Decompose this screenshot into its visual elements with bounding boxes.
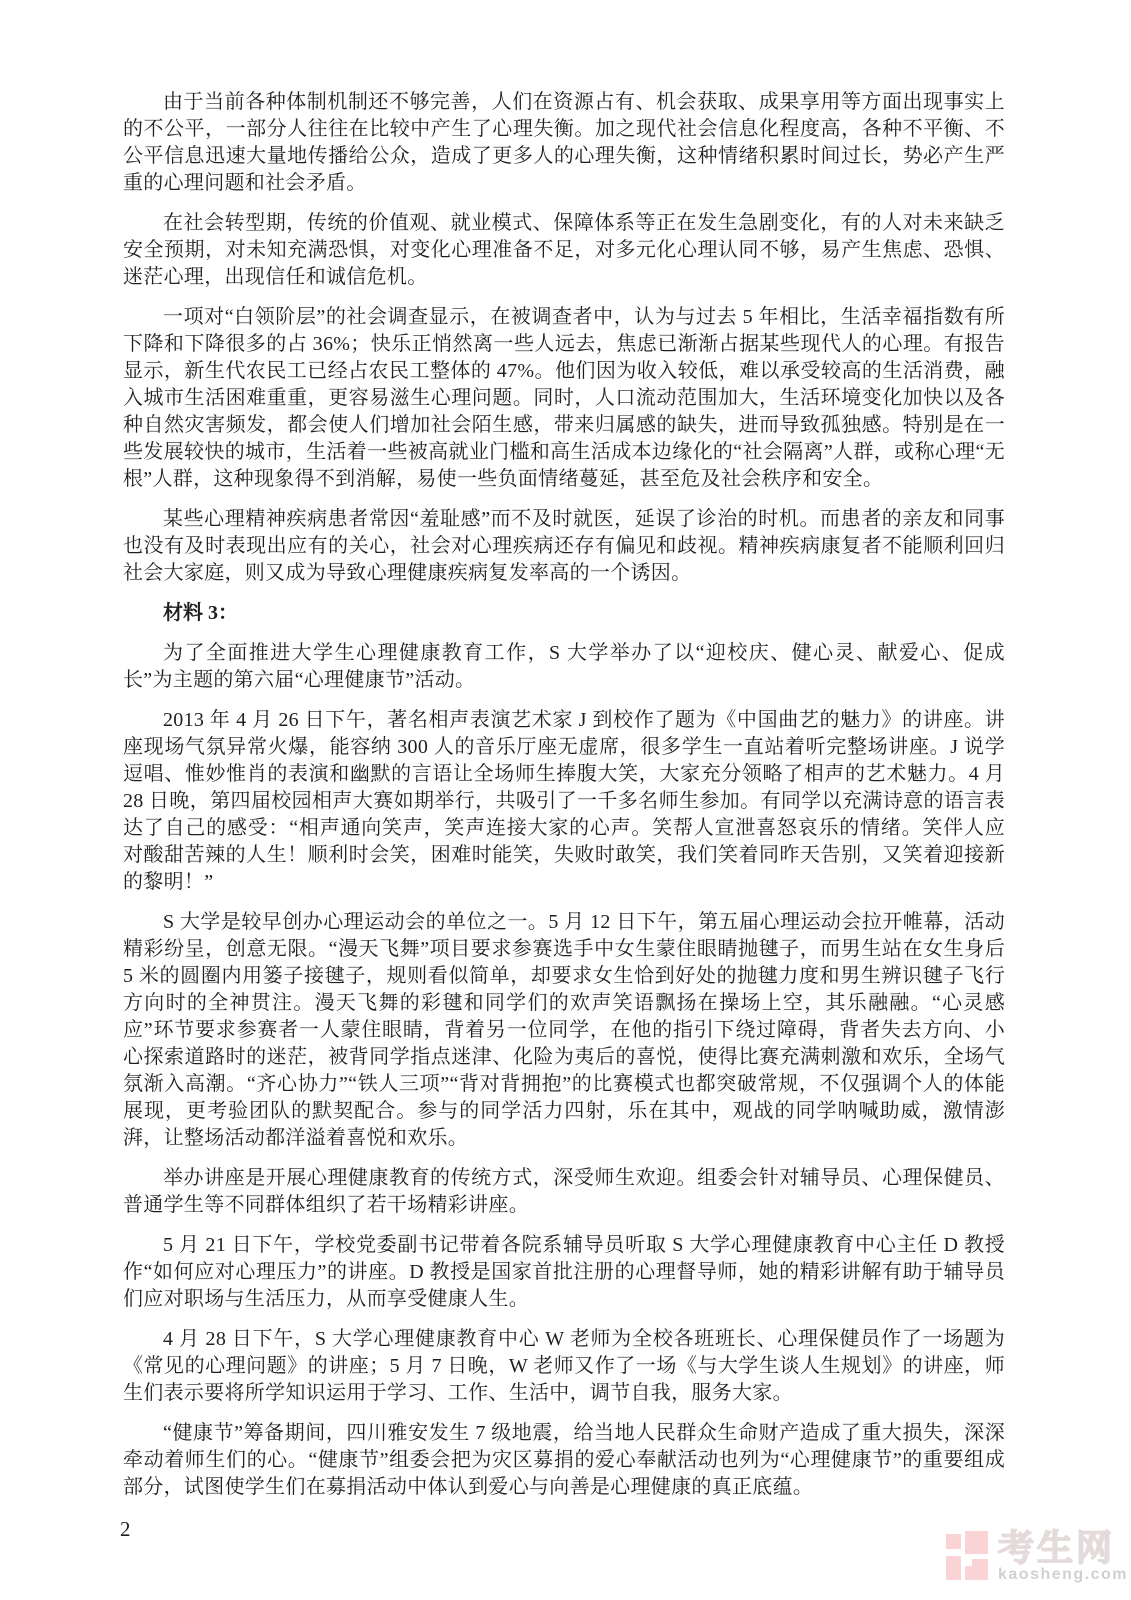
page-number: 2: [120, 1517, 131, 1542]
watermark-text: 考生网 kaosheng.com: [998, 1531, 1128, 1583]
kaosheng-logo-icon: [946, 1531, 989, 1582]
document-body: 由于当前各种体制机制还不够完善，人们在资源占有、机会获取、成果享用等方面出现事实…: [123, 89, 1005, 1514]
paragraph-10: 4 月 28 日下午，S 大学心理健康教育中心 W 老师为全校各班班长、心理保健…: [123, 1326, 1005, 1407]
paragraph-8: 举办讲座是开展心理健康教育的传统方式，深受师生欢迎。组委会针对辅导员、心理保健员…: [123, 1165, 1005, 1219]
material-3-heading: 材料 3：: [123, 600, 1005, 627]
paragraph-4: 某些心理精神疾病患者常因“羞耻感”而不及时就医，延误了诊治的时机。而患者的亲友和…: [123, 506, 1005, 587]
paragraph-7: S 大学是较早创办心理运动会的单位之一。5 月 12 日下午，第五届心理运动会拉…: [123, 909, 1005, 1152]
paragraph-11: “健康节”筹备期间，四川雅安发生 7 级地震，给当地人民群众生命财产造成了重大损…: [123, 1420, 1005, 1501]
kaosheng-watermark: 考生网 kaosheng.com: [946, 1531, 1128, 1583]
paragraph-1: 由于当前各种体制机制还不够完善，人们在资源占有、机会获取、成果享用等方面出现事实…: [123, 89, 1005, 197]
paragraph-9: 5 月 21 日下午，学校党委副书记带着各院系辅导员听取 S 大学心理健康教育中…: [123, 1232, 1005, 1313]
watermark-domain: kaosheng.com: [998, 1567, 1128, 1583]
paragraph-6: 2013 年 4 月 26 日下午，著名相声表演艺术家 J 到校作了题为《中国曲…: [123, 707, 1005, 896]
paragraph-5: 为了全面推进大学生心理健康教育工作，S 大学举办了以“迎校庆、健心灵、献爱心、促…: [123, 640, 1005, 694]
paragraph-2: 在社会转型期，传统的价值观、就业模式、保障体系等正在发生急剧变化，有的人对未来缺…: [123, 210, 1005, 291]
document-page: 由于当前各种体制机制还不够完善，人们在资源占有、机会获取、成果享用等方面出现事实…: [0, 0, 1131, 1600]
paragraph-3: 一项对“白领阶层”的社会调查显示，在被调查者中，认为与过去 5 年相比，生活幸福…: [123, 304, 1005, 493]
watermark-brand-name: 考生网: [998, 1531, 1128, 1565]
